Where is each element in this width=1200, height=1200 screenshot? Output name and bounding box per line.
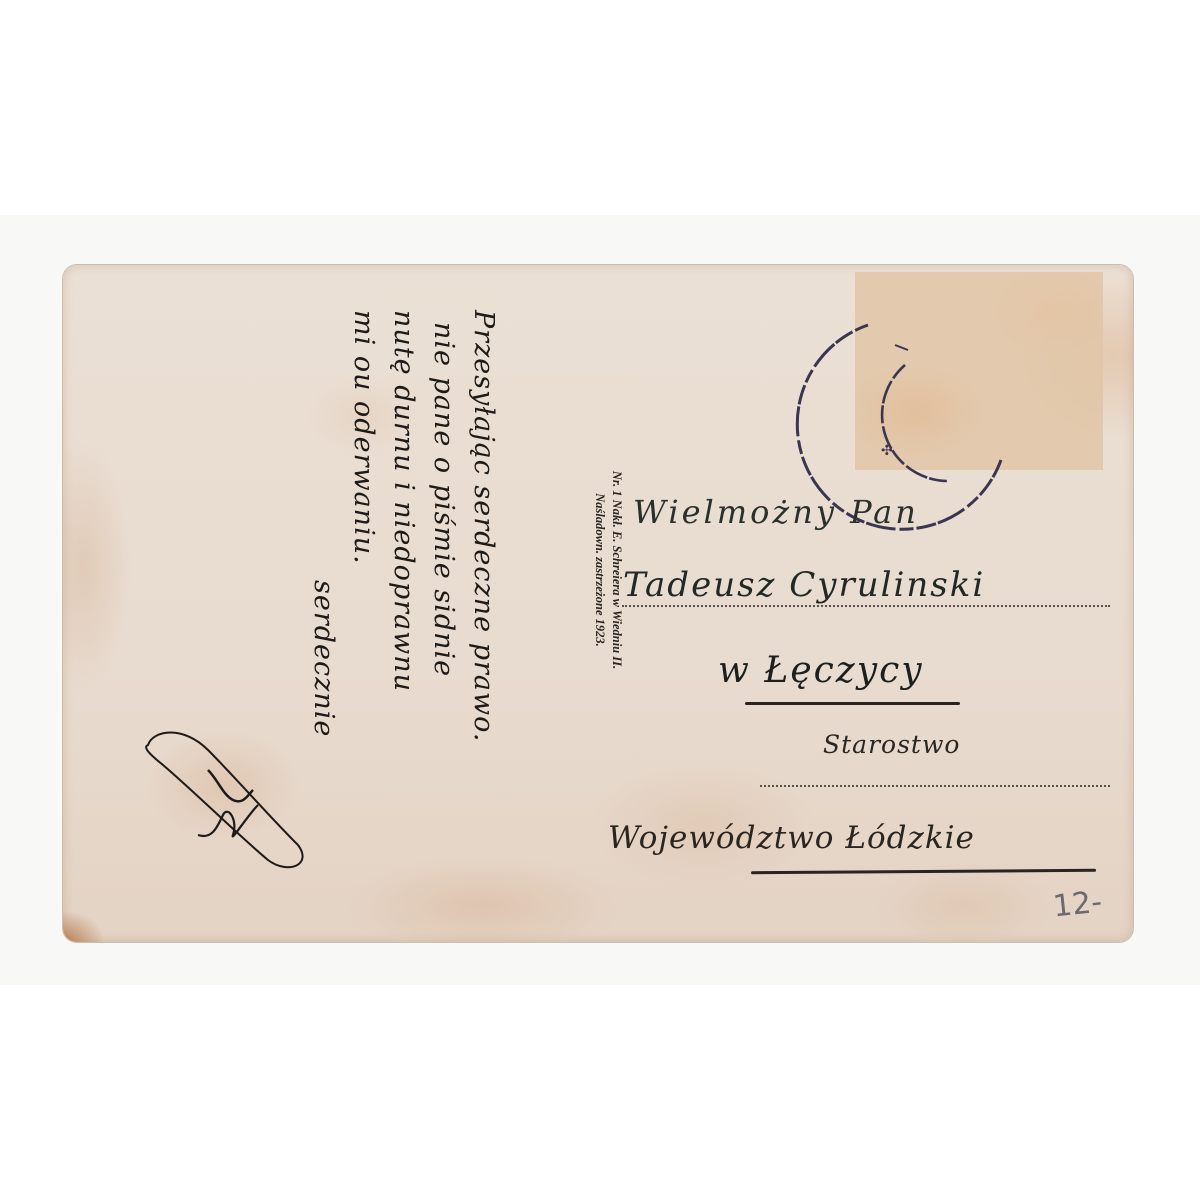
message-line: nie pane o piśmie sidnie	[423, 310, 463, 900]
address-line-salutation: Wielmożny Pan	[633, 493, 919, 531]
corner-stain	[63, 912, 103, 942]
address-line-name: Tadeusz Cyrulinski	[623, 565, 985, 605]
address-dotted-line	[622, 605, 1110, 607]
signature-scrawl	[138, 725, 338, 875]
address-line-province: Województwo Łódzkie	[608, 820, 975, 856]
address-line-office: Starostwo	[823, 730, 960, 759]
publisher-imprint: Nr. 1 Nakł. E. Schreiera w Wiedniu II. N…	[585, 400, 625, 740]
postcard: ✣ Nr. 1 Nakł. E. Schreiera w Wiedniu II.…	[63, 265, 1133, 942]
publisher-line-2: Naśladown. zastrzeżone 1923.	[591, 400, 608, 740]
message-line: mi ou oderwaniu.	[343, 310, 383, 900]
pencil-note: 12-	[1051, 885, 1103, 925]
address-line-town: w Łęczycy	[718, 650, 924, 691]
message-line: nutę durnu i niedoprawnu	[383, 310, 423, 900]
address-dotted-line	[760, 785, 1110, 787]
stamp-removed-ghost	[855, 272, 1103, 470]
province-underline	[751, 869, 1096, 874]
town-underline	[745, 702, 960, 705]
message-line: Przesyłając serdeczne prawo.	[463, 310, 503, 900]
